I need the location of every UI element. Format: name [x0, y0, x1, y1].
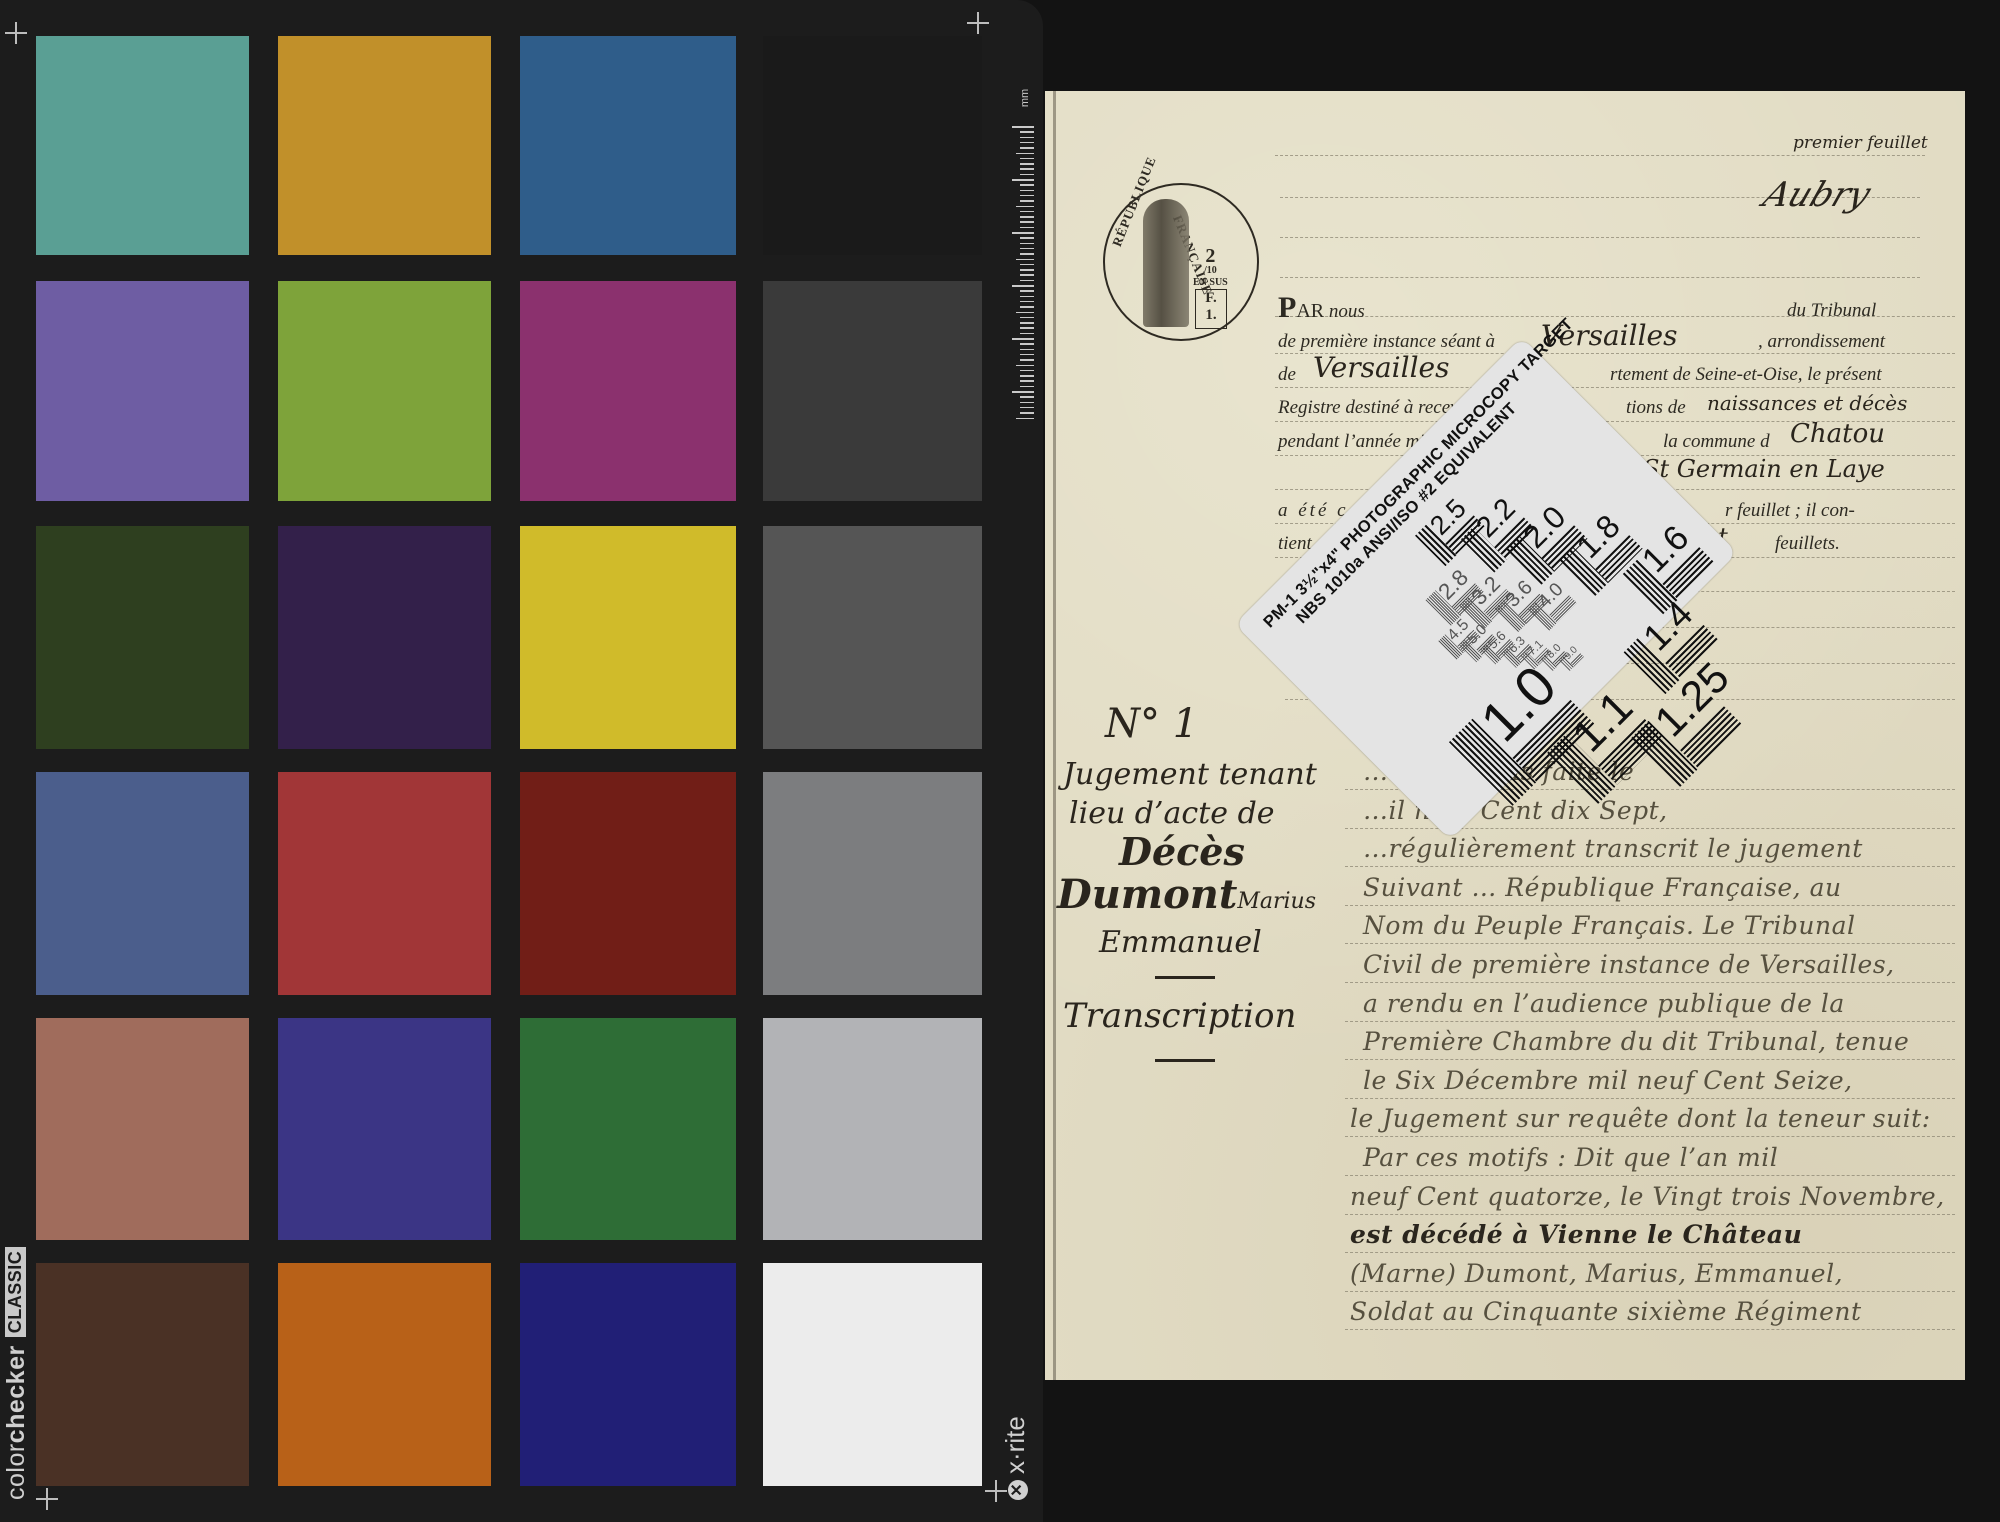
actes-text: tions de [1626, 397, 1686, 419]
transcription-line: …régulièrement transcrit le jugement [1363, 834, 1863, 863]
ruler-tick [1016, 259, 1034, 261]
commune-text: la commune d [1663, 431, 1770, 453]
ruler-tick [1020, 380, 1034, 382]
ruler-tick [1020, 407, 1034, 409]
xrite-mark-icon: ✕ [1008, 1480, 1028, 1500]
stamp-price: 2/10EN SUS [1193, 247, 1228, 289]
ruler-tick [1020, 280, 1034, 282]
xrite-logo: ✕x·rite [1000, 1416, 1031, 1500]
ruled-line [1280, 277, 1920, 279]
ruler-unit-label: mm [1019, 89, 1031, 107]
ruler-tick [1012, 232, 1034, 234]
de-text: de [1278, 364, 1296, 386]
color-patch-green [520, 1018, 736, 1240]
color-patch-magenta [520, 281, 736, 501]
color-patch-moderate-red [278, 772, 491, 995]
color-patch-black [763, 36, 982, 255]
ruler-tick [1020, 221, 1034, 223]
transcription-line: le Jugement sur requête dont la teneur s… [1350, 1104, 1931, 1133]
binding-edge [1053, 91, 1056, 1380]
margin-surname: DumontMarius [1057, 871, 1316, 918]
filled-acts: naissances et décès [1707, 391, 1907, 415]
ruled-line [1345, 1214, 1955, 1216]
color-patch-orange-yellow [278, 36, 491, 255]
stamp-price-value: 2 [1205, 245, 1215, 267]
margin-separator [1155, 976, 1215, 979]
ruler-tick [1020, 200, 1034, 202]
stamp-price-fraction: /10 [1193, 265, 1228, 277]
ruler-tick [1012, 338, 1034, 340]
ruler-tick [1020, 354, 1034, 356]
arrondissement-text: , arrondissement [1758, 331, 1885, 353]
ruler-tick [1020, 359, 1034, 361]
ruler-tick [1020, 396, 1034, 398]
maker-text: x·rite [1000, 1416, 1030, 1474]
color-patch-blue [278, 1018, 491, 1240]
ruled-line [1345, 1059, 1955, 1061]
premiere-instance-text: de première instance séant à [1278, 331, 1495, 353]
ruler-tick [1020, 322, 1034, 324]
color-patch-orange [278, 1263, 491, 1486]
color-patch-cyan [520, 36, 736, 255]
transcription-line: le Six Décembre mil neuf Cent Seize, [1363, 1066, 1853, 1095]
transcription-line: Civil de première instance de Versailles… [1363, 950, 1895, 979]
filled-canton: St Germain en Laye [1643, 455, 1885, 483]
signature: Aubry [1758, 175, 1876, 215]
transcription-line: neuf Cent quatorze, le Vingt trois Novem… [1350, 1182, 1945, 1211]
colorchecker-board: mm colorcheckerCLASSIC ✕x·rite [0, 0, 1043, 1522]
par-smallcaps: AR [1296, 300, 1324, 322]
color-patch-light-skin [36, 1018, 249, 1240]
ruler-tick [1012, 126, 1034, 128]
ruler-tick [1020, 412, 1034, 414]
ruler-tick [1016, 312, 1034, 314]
ruler-tick [1012, 285, 1034, 287]
ruled-line [1345, 1136, 1955, 1138]
ruler-tick [1020, 243, 1034, 245]
ruler-tick [1020, 317, 1034, 319]
color-patch-neutral-8 [763, 1018, 982, 1240]
ruler-tick [1020, 269, 1034, 271]
ruler-tick [1016, 418, 1034, 420]
par-nous-text: PAR nous [1278, 291, 1365, 325]
ruler-tick [1020, 195, 1034, 197]
ruled-line [1345, 1175, 1955, 1177]
transcription-line: (Marne) Dumont, Marius, Emmanuel, [1350, 1259, 1843, 1288]
ruler-tick [1020, 163, 1034, 165]
ruled-line [1345, 866, 1955, 868]
margin-transcription: Transcription [1063, 996, 1296, 1036]
ruler-tick [1020, 147, 1034, 149]
ruler-tick [1016, 206, 1034, 208]
ruler-tick [1020, 237, 1034, 239]
brand-light-text: color [2, 1443, 30, 1500]
justice-figure-icon [1143, 199, 1189, 327]
ruler-tick [1012, 391, 1034, 393]
color-patch-neutral-3.5 [763, 281, 982, 501]
ruler-tick [1016, 153, 1034, 155]
ruler-tick [1020, 168, 1034, 170]
stamp-en-sus: EN SUS [1193, 277, 1228, 289]
margin-lieu: lieu d’acte de [1069, 796, 1275, 831]
ruler-tick [1020, 296, 1034, 298]
color-patch-white [763, 1263, 982, 1486]
ruled-line [1275, 155, 1925, 157]
colorchecker-brand-label: colorcheckerCLASSIC [2, 1247, 31, 1500]
ruler-tick [1020, 333, 1034, 335]
color-patch-purple-blue-light [36, 281, 249, 501]
ruled-line [1280, 237, 1920, 239]
ruler-tick [1020, 131, 1034, 133]
ruler-tick [1020, 174, 1034, 176]
ruled-line [1345, 828, 1955, 830]
filled-arrondissement: Versailles [1313, 351, 1449, 384]
registre-text: Registre destiné à recev [1278, 397, 1459, 419]
ruler-tick [1020, 142, 1034, 144]
ruler-tick [1020, 402, 1034, 404]
stamp-f: F. [1205, 290, 1217, 306]
margin-first-name: Marius [1237, 889, 1316, 914]
par-initial: P [1278, 291, 1296, 324]
ruler-tick [1020, 327, 1034, 329]
ruler-tick [1020, 370, 1034, 372]
ruler-tick [1020, 274, 1034, 276]
ruled-line [1345, 1329, 1955, 1331]
premier-feuillet-note: premier feuillet [1793, 133, 1928, 153]
feuillets-text: feuillets. [1775, 533, 1840, 555]
transcription-line: Suivant … République Française, au [1363, 873, 1842, 902]
margin-deces: Décès [1119, 829, 1245, 874]
ruler-tick [1020, 184, 1034, 186]
ruled-line [1345, 1021, 1955, 1023]
transcription-line: Première Chambre du dit Tribunal, tenue [1363, 1027, 1909, 1056]
color-patch-yellow [520, 526, 736, 749]
ruler-tick [1020, 301, 1034, 303]
color-patch-foliage [36, 526, 249, 749]
color-patch-blue-sky [36, 772, 249, 995]
ruler-tick [1020, 343, 1034, 345]
ruled-line [1345, 982, 1955, 984]
ruler-tick [1020, 216, 1034, 218]
color-patch-purple [278, 526, 491, 749]
transcription-line: a rendu en l’audience publique de la [1363, 989, 1845, 1018]
color-patch-bluish-green [36, 36, 249, 255]
stamp-f1-box: F.1. [1195, 289, 1227, 329]
color-patch-dark-skin [36, 1263, 249, 1486]
ruled-line [1275, 387, 1955, 389]
color-patch-yellow-green [278, 281, 491, 501]
transcription-line: Soldat au Cinquante sixième Régiment [1350, 1297, 1862, 1326]
stamp-f-num: 1. [1205, 307, 1216, 323]
ruled-line [1345, 1098, 1955, 1100]
nous-text: nous [1329, 301, 1365, 322]
ruled-line [1345, 1291, 1955, 1293]
ruler-tick [1020, 158, 1034, 160]
registration-mark-top-right [967, 12, 989, 34]
transcription-line: Nom du Peuple Français. Le Tribunal [1363, 911, 1855, 940]
registration-mark-bottom-left [36, 1488, 58, 1510]
margin-number: N° 1 [1105, 701, 1198, 747]
margin-surname-bold: Dumont [1057, 871, 1237, 918]
ruler-tick [1020, 264, 1034, 266]
departement-text: rtement de Seine-et-Oise, le présent [1610, 364, 1882, 386]
mm-ruler: mm [1004, 92, 1038, 402]
ruler-tick [1020, 306, 1034, 308]
brand-bold-text: checker [2, 1345, 30, 1443]
ruler-tick [1020, 137, 1034, 139]
ruled-line [1345, 943, 1955, 945]
ruler-tick [1020, 386, 1034, 388]
ruler-tick [1020, 375, 1034, 377]
margin-jugement: Jugement tenant [1063, 757, 1317, 792]
ruler-tick [1020, 349, 1034, 351]
ruled-line [1345, 905, 1955, 907]
feuillet-contient-text: r feuillet ; il con- [1725, 500, 1855, 522]
color-patch-neutral-5 [763, 526, 982, 749]
registration-mark-top-left [5, 22, 27, 44]
edition-badge: CLASSIC [5, 1247, 26, 1338]
du-tribunal-text: du Tribunal [1787, 300, 1876, 322]
ruler-tick [1020, 190, 1034, 192]
transcription-line: Par ces motifs : Dit que l’an mil [1363, 1143, 1778, 1172]
ruler-tick [1020, 253, 1034, 255]
ruler-tick [1016, 365, 1034, 367]
margin-middle-name: Emmanuel [1099, 925, 1262, 960]
color-patch-blue-dark [520, 1263, 736, 1486]
ruler-tick [1020, 211, 1034, 213]
ruler-tick [1012, 179, 1034, 181]
ruler-tick [1020, 290, 1034, 292]
color-patch-neutral-6.5 [763, 772, 982, 995]
republique-francaise-stamp: RÉPUBLIQUE FRANÇAISE 2/10EN SUS F.1. [1103, 183, 1259, 341]
filled-commune: Chatou [1790, 419, 1885, 449]
color-patch-red [520, 772, 736, 995]
transcription-line: est décédé à Vienne le Château [1350, 1220, 1802, 1249]
ruled-line [1345, 1252, 1955, 1254]
margin-separator [1155, 1059, 1215, 1062]
ruler-tick [1020, 248, 1034, 250]
ruler-tick [1020, 227, 1034, 229]
